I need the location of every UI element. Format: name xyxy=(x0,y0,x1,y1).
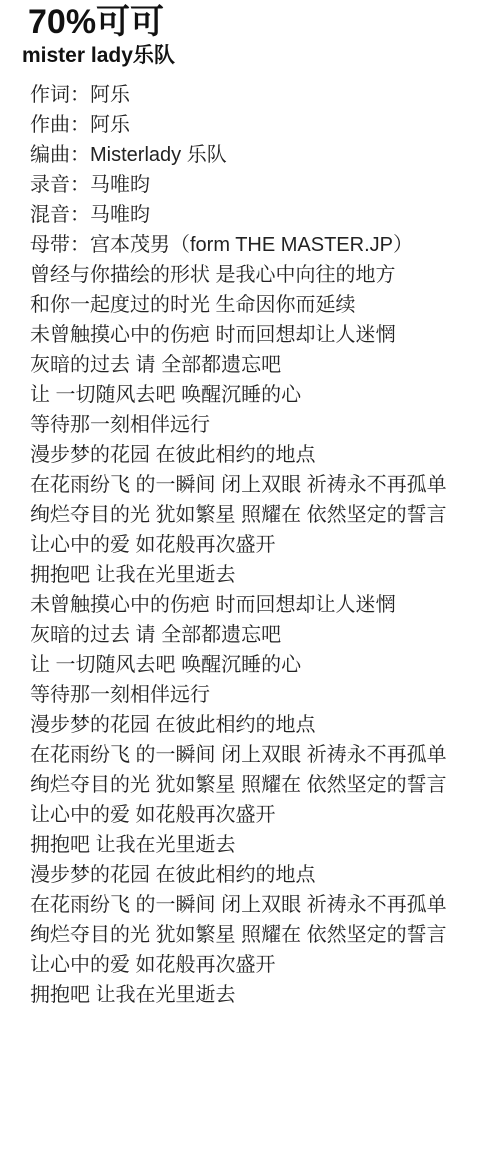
lyric-line: 灰暗的过去 请 全部都遗忘吧 xyxy=(30,620,488,650)
lyric-line: 绚烂夺目的光 犹如繁星 照耀在 依然坚定的誓言 xyxy=(30,500,488,530)
artist-name: mister lady乐队 xyxy=(22,44,488,68)
lyric-line: 拥抱吧 让我在光里逝去 xyxy=(30,830,488,860)
lyric-line: 在花雨纷飞 的一瞬间 闭上双眼 祈祷永不再孤单 xyxy=(30,740,488,770)
credits-block: 作词：阿乐作曲：阿乐编曲：Misterlady 乐队录音：马唯昀混音：马唯昀母带… xyxy=(22,80,488,260)
credit-line: 作词：阿乐 xyxy=(30,80,488,110)
credit-line: 编曲：Misterlady 乐队 xyxy=(30,140,488,170)
lyric-line: 漫步梦的花园 在彼此相约的地点 xyxy=(30,440,488,470)
lyric-line: 未曾触摸心中的伤疤 时而回想却让人迷惘 xyxy=(30,320,488,350)
lyric-line: 让 一切随风去吧 唤醒沉睡的心 xyxy=(30,380,488,410)
lyric-line: 等待那一刻相伴远行 xyxy=(30,680,488,710)
lyric-line: 和你一起度过的时光 生命因你而延续 xyxy=(30,290,488,320)
credit-line: 作曲：阿乐 xyxy=(30,110,488,140)
lyric-line: 让心中的爱 如花般再次盛开 xyxy=(30,950,488,980)
lyric-line: 绚烂夺目的光 犹如繁星 照耀在 依然坚定的誓言 xyxy=(30,770,488,800)
lyric-line: 绚烂夺目的光 犹如繁星 照耀在 依然坚定的誓言 xyxy=(30,920,488,950)
lyric-line: 漫步梦的花园 在彼此相约的地点 xyxy=(30,860,488,890)
credit-line: 母带：宫本茂男（form THE MASTER.JP） xyxy=(30,230,488,260)
lyric-line: 在花雨纷飞 的一瞬间 闭上双眼 祈祷永不再孤单 xyxy=(30,470,488,500)
lyric-line: 拥抱吧 让我在光里逝去 xyxy=(30,980,488,1010)
lyric-line: 曾经与你描绘的形状 是我心中向往的地方 xyxy=(30,260,488,290)
credit-line: 混音：马唯昀 xyxy=(30,200,488,230)
lyric-line: 让 一切随风去吧 唤醒沉睡的心 xyxy=(30,650,488,680)
lyrics-page: 70%可可 mister lady乐队 作词：阿乐作曲：阿乐编曲：Misterl… xyxy=(0,0,500,1150)
song-title: 70%可可 xyxy=(28,2,488,42)
lyric-line: 未曾触摸心中的伤疤 时而回想却让人迷惘 xyxy=(30,590,488,620)
lyric-line: 等待那一刻相伴远行 xyxy=(30,410,488,440)
lyric-line: 让心中的爱 如花般再次盛开 xyxy=(30,530,488,560)
lyric-line: 让心中的爱 如花般再次盛开 xyxy=(30,800,488,830)
lyric-line: 漫步梦的花园 在彼此相约的地点 xyxy=(30,710,488,740)
lyric-line: 拥抱吧 让我在光里逝去 xyxy=(30,560,488,590)
credit-line: 录音：马唯昀 xyxy=(30,170,488,200)
lyric-line: 在花雨纷飞 的一瞬间 闭上双眼 祈祷永不再孤单 xyxy=(30,890,488,920)
lyrics-block: 曾经与你描绘的形状 是我心中向往的地方和你一起度过的时光 生命因你而延续未曾触摸… xyxy=(22,260,488,1010)
lyric-line: 灰暗的过去 请 全部都遗忘吧 xyxy=(30,350,488,380)
